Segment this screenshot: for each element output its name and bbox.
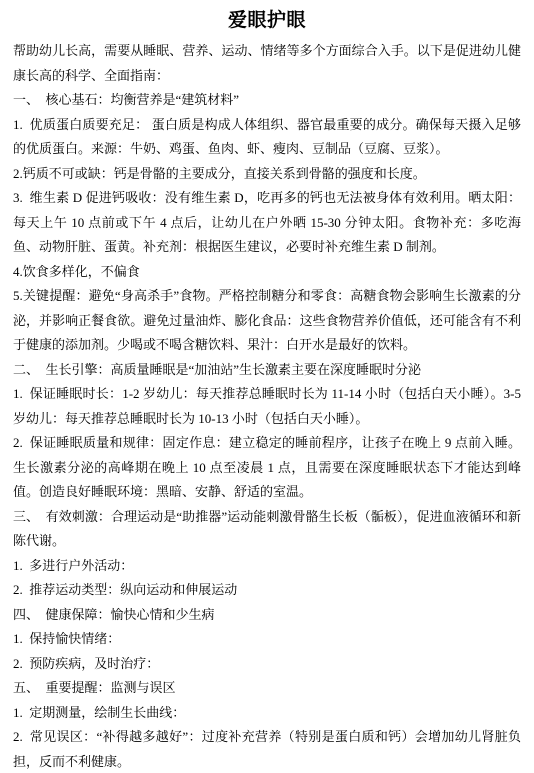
document-title: 爱眼护眼 <box>13 6 521 36</box>
section-1-heading: 一、 核心基石：均衡营养是“建筑材料” <box>13 88 521 113</box>
section-2-item-2: 2. 保证睡眠质量和规律：固定作息：建立稳定的睡前程序，让孩子在晚上 9 点前入… <box>13 431 521 505</box>
section-5-item-2: 2. 常见误区：“补得越多越好”：过度补充营养（特别是蛋白质和钙）会增加幼儿肾脏… <box>13 725 521 773</box>
document-page: 爱眼护眼 帮助幼儿长高，需要从睡眠、营养、运动、情绪等多个方面综合入手。以下是促… <box>0 0 534 773</box>
section-1-item-3: 3. 维生素 D 促进钙吸收：没有维生素 D，吃再多的钙也无法被身体有效利用。晒… <box>13 186 521 260</box>
section-5-heading: 五、 重要提醒：监测与误区 <box>13 676 521 701</box>
section-5-item-1: 1. 定期测量，绘制生长曲线： <box>13 701 521 726</box>
section-4-item-1: 1. 保持愉快情绪： <box>13 627 521 652</box>
section-1-item-1: 1. 优质蛋白质要充足： 蛋白质是构成人体组织、器官最重要的成分。确保每天摄入足… <box>13 113 521 162</box>
section-3-item-1: 1. 多进行户外活动： <box>13 554 521 579</box>
section-4-heading: 四、 健康保障：愉快心情和少生病 <box>13 603 521 628</box>
section-1-item-2: 2.钙质不可或缺：钙是骨骼的主要成分，直接关系到骨骼的强度和长度。 <box>13 162 521 187</box>
section-2-heading: 二、 生长引擎：高质量睡眠是“加油站”生长激素主要在深度睡眠时分泌 <box>13 358 521 383</box>
section-4-item-2: 2. 预防疾病，及时治疗： <box>13 652 521 677</box>
section-1-item-5: 5.关键提醒：避免“身高杀手”食物。严格控制糖分和零食：高糖食物会影响生长激素的… <box>13 284 521 358</box>
intro-paragraph: 帮助幼儿长高，需要从睡眠、营养、运动、情绪等多个方面综合入手。以下是促进幼儿健康… <box>13 39 521 88</box>
section-3-heading: 三、 有效刺激：合理运动是“助推器”运动能刺激骨骼生长板（骺板），促进血液循环和… <box>13 505 521 554</box>
section-2-item-1: 1. 保证睡眠时长：1-2 岁幼儿：每天推荐总睡眠时长为 11-14 小时（包括… <box>13 382 521 431</box>
section-3-item-2: 2. 推荐运动类型：纵向运动和伸展运动 <box>13 578 521 603</box>
section-1-item-4: 4.饮食多样化，不偏食 <box>13 260 521 285</box>
